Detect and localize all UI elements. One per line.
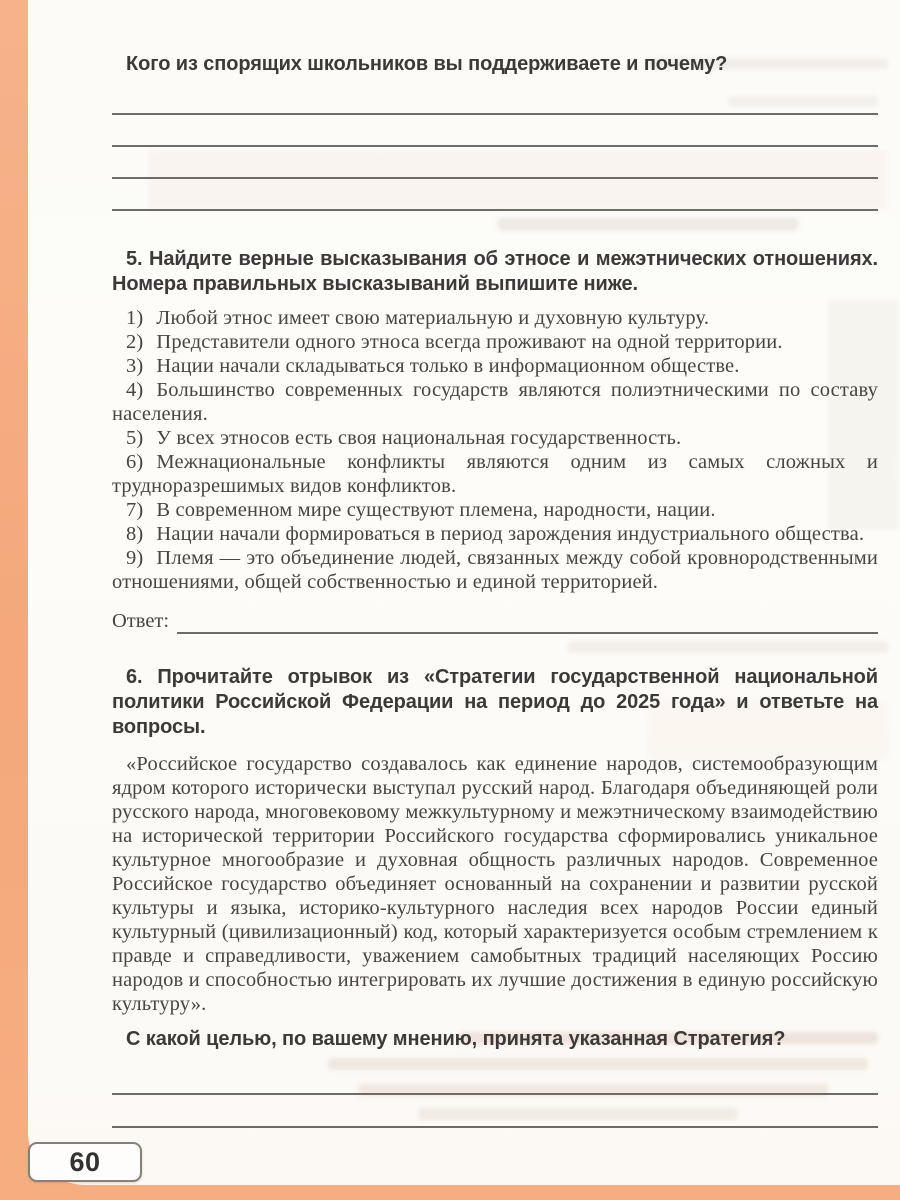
task-5-section: 5. Найдите верные высказывания об этносе… <box>112 247 878 634</box>
task-6-section: 6. Прочитайте отрывок из «Стратегии госу… <box>112 665 878 1052</box>
answer-row: Ответ: <box>112 605 878 634</box>
task-5-item-6: 6)Межнациональные конфликты являются одн… <box>112 450 878 498</box>
task-5-heading: 5. Найдите верные высказывания об этносе… <box>112 247 878 297</box>
item-text: Любой этнос имеет свою материальную и ду… <box>156 307 709 329</box>
item-text: Представители одного этноса всегда прожи… <box>156 331 782 353</box>
page-number-badge: 60 <box>28 1142 142 1182</box>
item-text: Нации начали складываться только в инфор… <box>156 355 739 377</box>
page-sheet: Кого из спорящих школьников вы поддержив… <box>28 0 900 1185</box>
item-number: 6) <box>126 451 156 473</box>
task-6-question: С какой целью, по вашему мнению, принята… <box>112 1027 878 1052</box>
task-5-item-9: 9)Племя — это объединение людей, связанн… <box>112 546 878 594</box>
item-text: Племя — это объединение людей, связанных… <box>112 547 878 593</box>
answer-line <box>112 115 878 147</box>
top-question: Кого из спорящих школьников вы поддержив… <box>112 52 878 77</box>
task-6-heading: 6. Прочитайте отрывок из «Стратегии госу… <box>112 665 878 740</box>
page-number: 60 <box>69 1147 100 1178</box>
item-number: 1) <box>126 307 156 329</box>
task-5-item-4: 4)Большинство современных государств явл… <box>112 378 878 426</box>
item-text: Большинство современных государств являю… <box>112 379 878 425</box>
answer-line <box>112 147 878 179</box>
item-number: 4) <box>126 379 156 401</box>
answer-line <box>112 1095 878 1128</box>
scanned-workbook-page: { "colors": { "frame_orange": "#f5aa7d",… <box>0 0 900 1200</box>
item-number: 5) <box>126 427 156 449</box>
item-text: Нации начали формироваться в период заро… <box>156 523 864 545</box>
page-content: Кого из спорящих школьников вы поддержив… <box>112 0 878 1165</box>
item-number: 8) <box>126 523 156 545</box>
item-number: 2) <box>126 331 156 353</box>
answer-line <box>112 179 878 211</box>
task-5-item-2: 2)Представители одного этноса всегда про… <box>112 330 878 354</box>
answer-line <box>177 608 878 634</box>
answer-lines-block-1 <box>112 83 878 211</box>
item-number: 7) <box>126 499 156 521</box>
task-5-item-3: 3)Нации начали складываться только в инф… <box>112 354 878 378</box>
task-6-passage: «Российское государство создавалось как … <box>112 752 878 1016</box>
answer-line <box>112 1062 878 1095</box>
item-number: 9) <box>126 547 156 569</box>
answer-lines-block-2 <box>112 1062 878 1128</box>
task-5-item-8: 8)Нации начали формироваться в период за… <box>112 522 878 546</box>
task-5-item-5: 5)У всех этносов есть своя национальная … <box>112 426 878 450</box>
item-text: Межнациональные конфликты являются одним… <box>112 451 878 497</box>
task-5-items: 1)Любой этнос имеет свою материальную и … <box>112 306 878 594</box>
item-number: 3) <box>126 355 156 377</box>
item-text: В современном мире существуют племена, н… <box>156 499 715 521</box>
task-5-item-7: 7)В современном мире существуют племена,… <box>112 498 878 522</box>
answer-label: Ответ: <box>112 608 169 634</box>
item-text: У всех этносов есть своя национальная го… <box>156 427 681 449</box>
answer-line <box>112 83 878 115</box>
task-5-item-1: 1)Любой этнос имеет свою материальную и … <box>112 306 878 330</box>
